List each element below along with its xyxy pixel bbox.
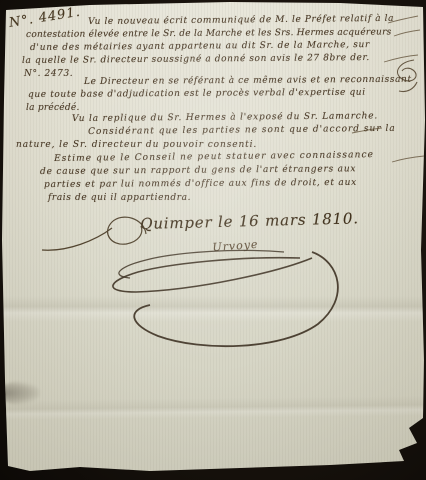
manuscript-line: d'une des métairies ayant appartenu au d…	[30, 40, 370, 53]
manuscript-line: la quelle le Sr. directeur soussigné a d…	[22, 53, 370, 66]
paper-crease	[0, 396, 426, 420]
manuscript-paper: N°. 4491. Vu le nouveau écrit communiqué…	[0, 0, 426, 480]
paper-crease	[0, 296, 426, 322]
manuscript-line: de cause que sur un rapport du gens de l…	[40, 164, 356, 177]
manuscript-line: Vu la replique du Sr. Hermes à l'exposé …	[72, 111, 378, 124]
manuscript-line: Vu le nouveau écrit communiqué de M. le …	[88, 14, 394, 27]
date-swirl	[42, 217, 146, 250]
manuscript-line: contestation élevée entre le Sr. de la M…	[26, 27, 392, 40]
manuscript-line: Le Directeur en se référant à ce même av…	[84, 75, 412, 87]
manuscript-line: Estime que le Conseil ne peut statuer av…	[54, 150, 374, 164]
ink-smudge	[0, 381, 40, 405]
manuscript-line: Considérant que les parties ne sont que …	[88, 124, 396, 137]
manuscript-line: nature, le Sr. directeur du pouvoir cons…	[16, 140, 257, 150]
dateline: Quimper le 16 mars 1810.	[140, 209, 359, 233]
margin-number: N°. 4491.	[8, 5, 82, 31]
manuscript-line: la précédé.	[26, 103, 80, 113]
manuscript-line: que toute base d'adjudication est le pro…	[28, 88, 366, 100]
photo-background: N°. 4491. Vu le nouveau écrit communiqué…	[0, 0, 426, 480]
manuscript-line: frais de qui il appartiendra.	[48, 193, 191, 203]
signature-paraph	[113, 250, 338, 346]
reference-number: N°. 2473.	[24, 69, 73, 79]
signature-name: Urvoye	[212, 238, 259, 254]
manuscript-line: parties et par lui nommés d'office aux f…	[44, 178, 357, 190]
